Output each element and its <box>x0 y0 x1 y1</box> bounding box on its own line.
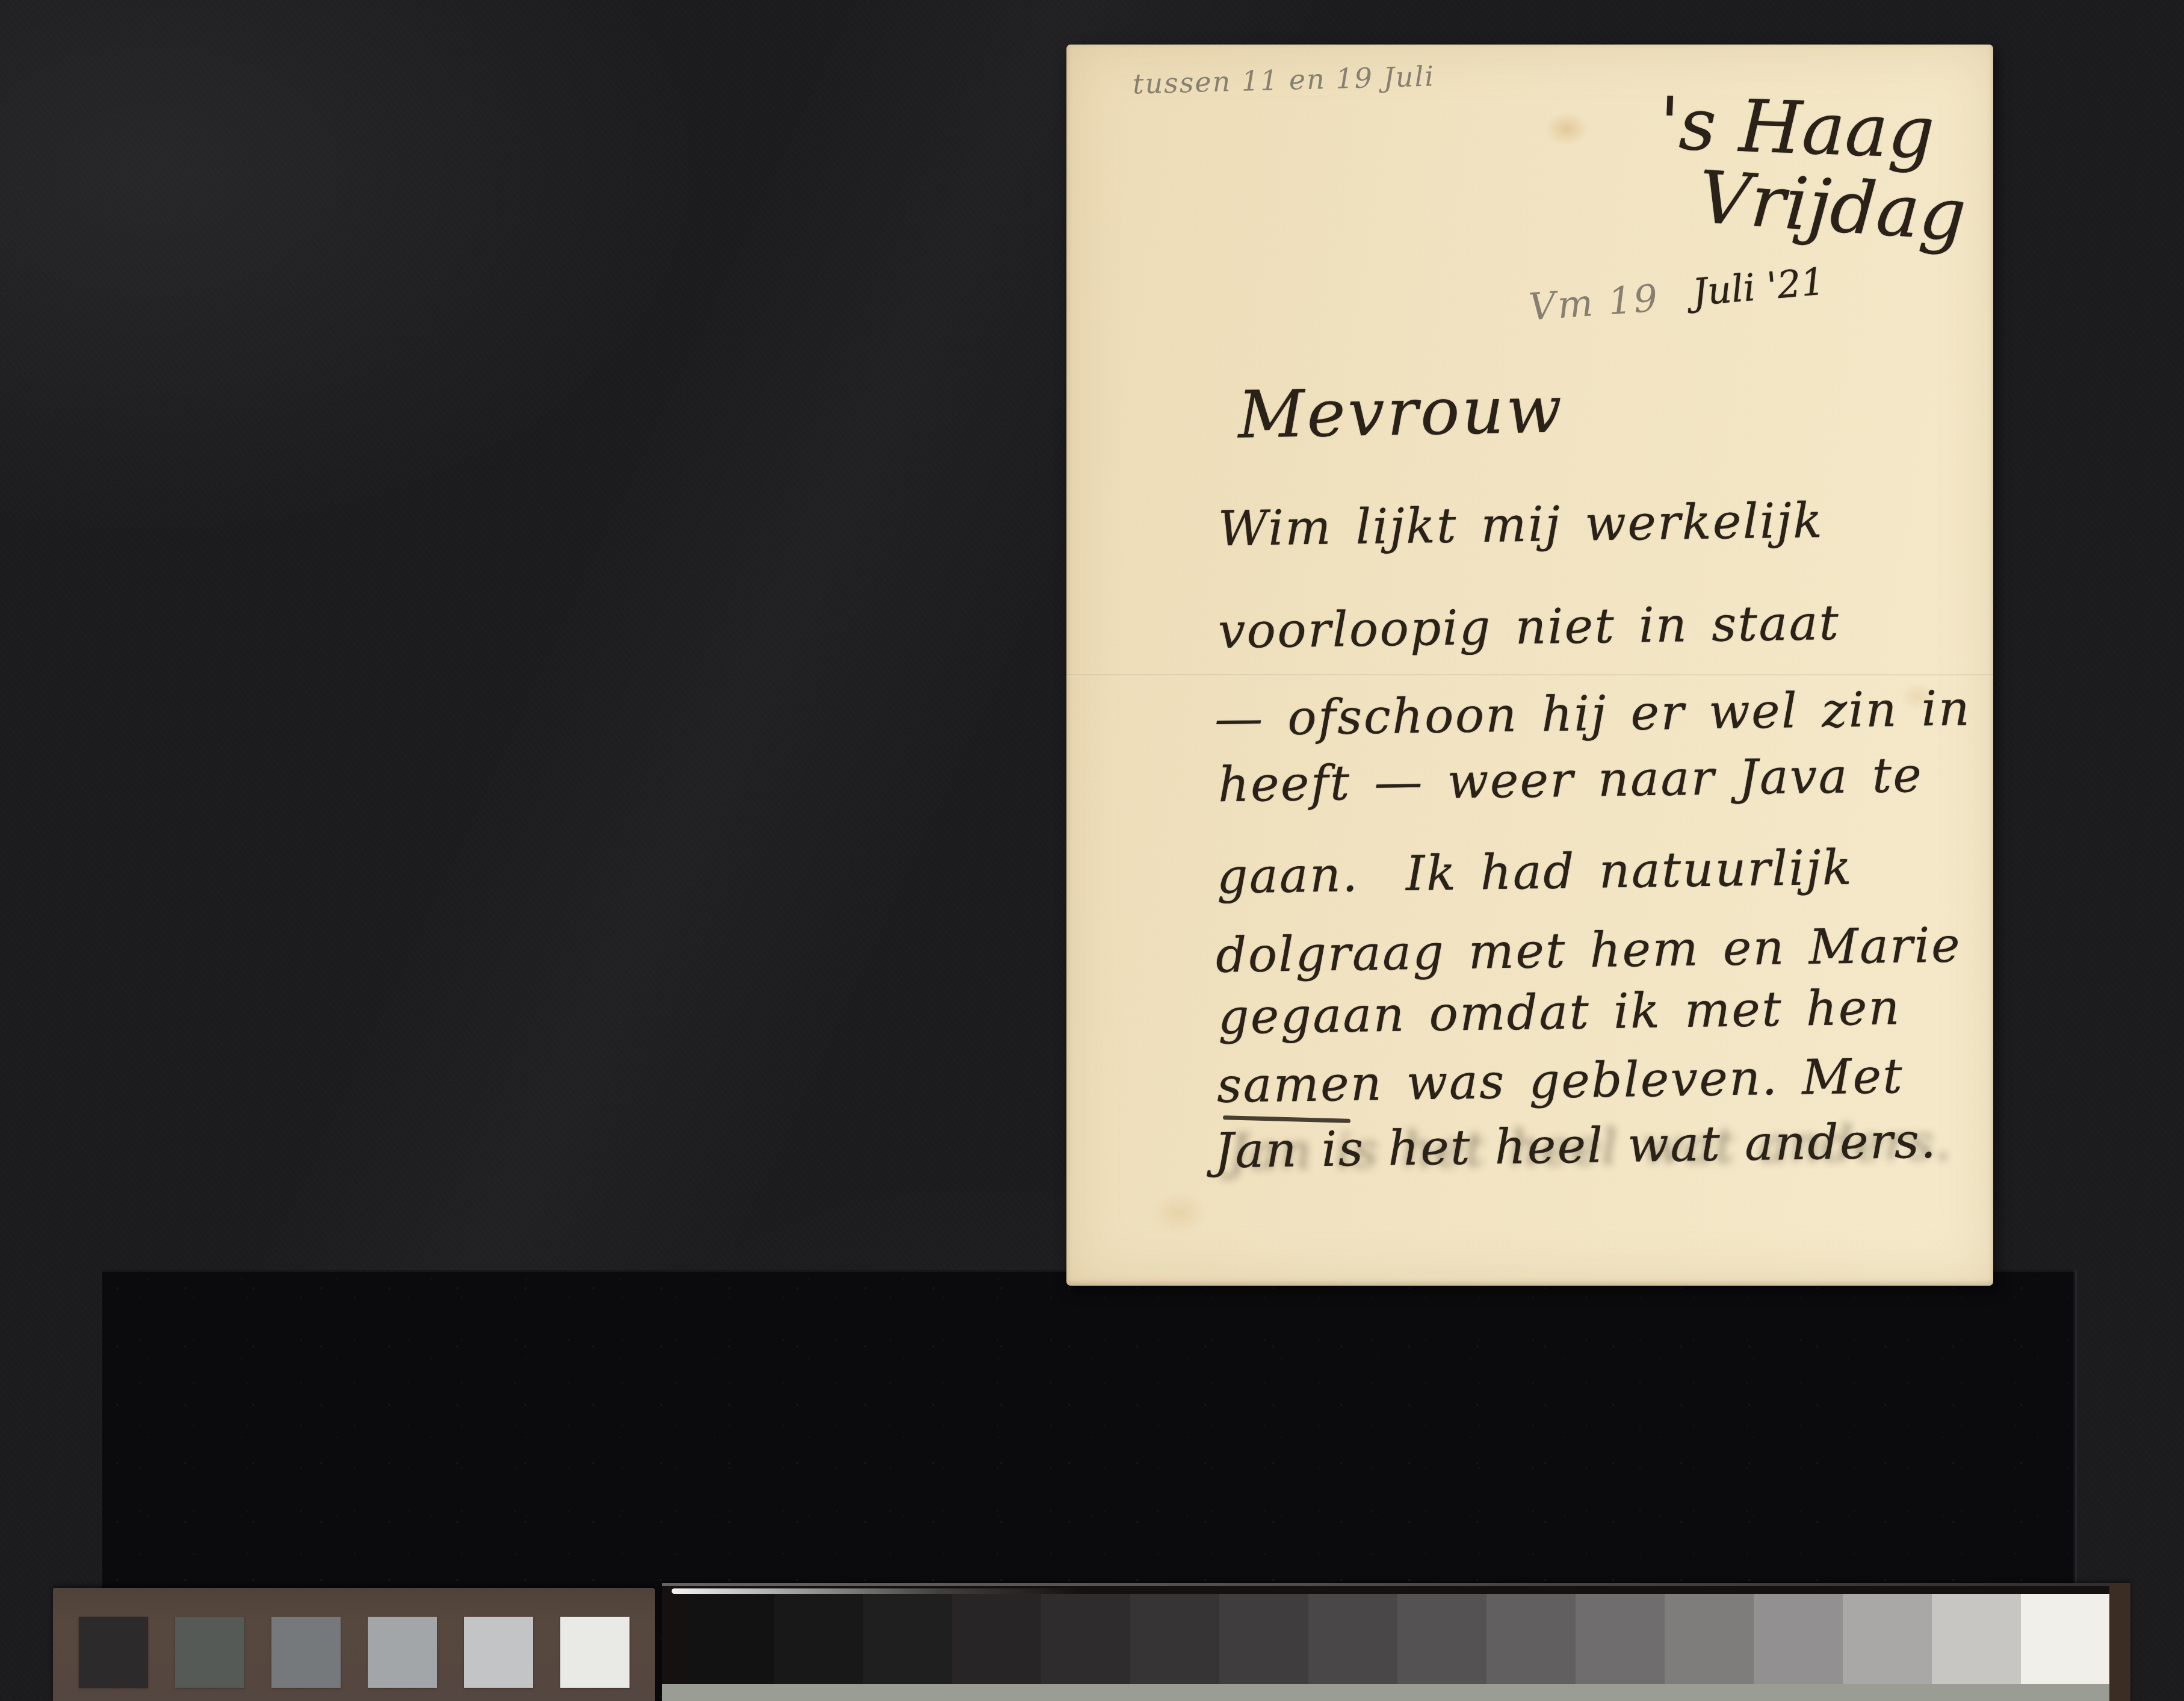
gray-patch <box>560 1617 630 1688</box>
day-line: Vrijdag <box>1696 162 1968 253</box>
paper-fold-crease <box>1066 674 1993 677</box>
paper-stain <box>1545 112 1588 146</box>
body-line: Jan is het heel wat anders. <box>1214 1117 1938 1176</box>
wedge-gloss-highlight <box>672 1588 1081 1594</box>
ink-date: Juli '21 <box>1691 263 1827 312</box>
wedge-step <box>685 1594 774 1685</box>
pencil-annotation: tussen 11 en 19 Juli <box>1132 62 1435 98</box>
wedge-step <box>1308 1594 1397 1685</box>
gray-patch <box>175 1617 244 1688</box>
wedge-top-edge <box>662 1583 2130 1586</box>
wedge-step <box>2021 1594 2110 1685</box>
gray-patch <box>271 1617 341 1688</box>
place-line: 's Haag <box>1658 88 1935 170</box>
wedge-step <box>1843 1594 1932 1685</box>
wedge-step <box>1486 1594 1576 1685</box>
body-line: samen was gebleven. Met <box>1216 1052 1904 1110</box>
wedge-step <box>1932 1594 2021 1685</box>
wedge-step <box>1754 1594 1843 1685</box>
wedge-step <box>1665 1594 1754 1685</box>
salutation-line: Mevrouw <box>1237 377 1565 448</box>
gray-patch <box>464 1617 533 1688</box>
step-wedge-steps <box>685 1594 2110 1685</box>
body-line: gegaan omdat ik met hen <box>1217 984 1901 1041</box>
wedge-step <box>952 1594 1041 1685</box>
wedge-step <box>1219 1594 1308 1685</box>
wedge-step <box>774 1594 863 1685</box>
body-line: dolgraag met hem en Marie <box>1216 921 1962 979</box>
wedge-step <box>1041 1594 1130 1685</box>
step-wedge <box>662 1583 2130 1701</box>
wedge-right-border <box>2109 1583 2130 1701</box>
pencil-date: Vm 19 <box>1527 280 1660 326</box>
body-line: heeft — weer naar Java te <box>1217 751 1923 809</box>
letter-paper: tussen 11 en 19 Juli 's Haag Vrijdag Vm … <box>1066 45 1993 1286</box>
body-line: — ofschoon hij er wel zin in <box>1214 684 1972 743</box>
body-line: voorloopig niet in staat <box>1217 599 1840 655</box>
body-line: gaan. Ik had natuurlijk <box>1216 844 1853 901</box>
wedge-step <box>863 1594 952 1685</box>
gray-patch <box>79 1617 148 1688</box>
wedge-step <box>1130 1594 1219 1685</box>
scan-background: tussen 11 en 19 Juli 's Haag Vrijdag Vm … <box>0 0 2184 1701</box>
gray-patch-card <box>53 1588 655 1701</box>
wedge-step <box>1397 1594 1486 1685</box>
gray-patch <box>368 1617 437 1688</box>
paper-stain <box>1151 1191 1208 1235</box>
body-line: Wim lijkt mij werkelijk <box>1217 497 1824 553</box>
wedge-base-strip <box>662 1684 2109 1701</box>
wedge-step <box>1576 1594 1665 1685</box>
